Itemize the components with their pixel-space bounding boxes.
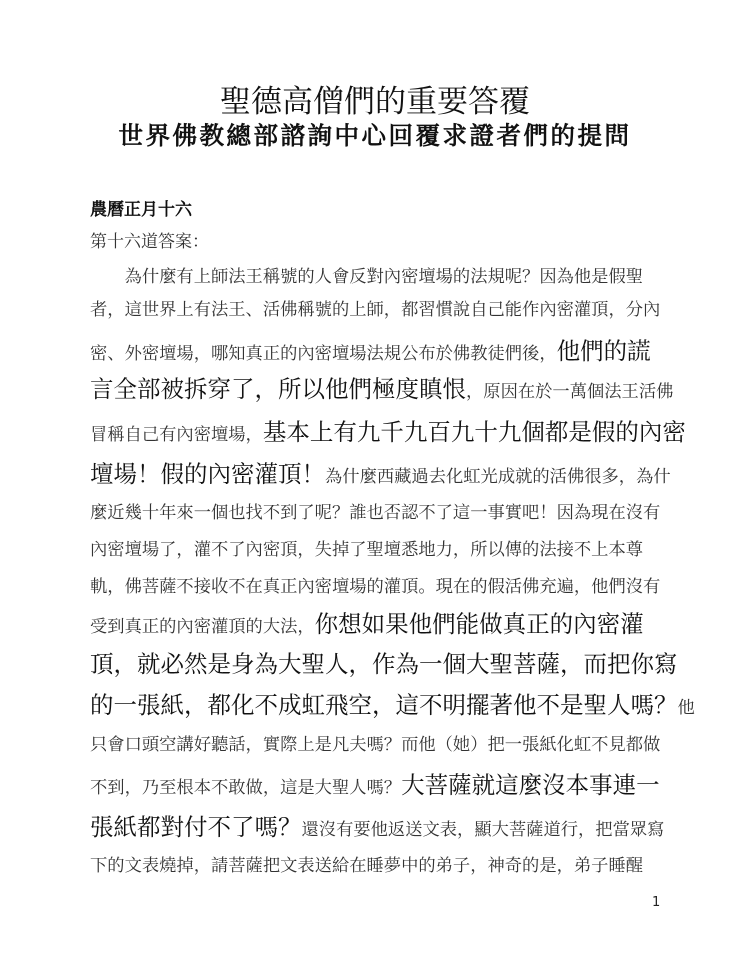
body-line: 張紙都對付不了嗎？還沒有要他返送文表，顯大菩薩道行，把當眾寫 — [90, 808, 664, 842]
body-line: 冒稱自己有內密壇場，基本上有九千九百九十九個都是假的內密 — [90, 413, 686, 447]
body-text: 密、外密壇場，哪知真正的內密壇場法規公布於佛教徒們後， — [90, 344, 557, 364]
body-text: ，原因在於一萬個法王活佛 — [466, 382, 673, 402]
emphasis-text: 大菩薩就這麼沒本事連一 — [401, 771, 660, 799]
body-line: 為什麼有上師法王稱號的人會反對內密壇場的法規呢？因為他是假聖 — [90, 262, 643, 287]
body-line: 者，這世界上有法王、活佛稱號的上師，都習慣說自己能作內密灌頂，分內 — [90, 295, 660, 320]
body-line: 的一張紙，都化不成虹飛空，這不明擺著他不是聖人嗎？他 — [90, 686, 695, 720]
body-line: 下的文表燒掉，請菩薩把文表送給在睡夢中的弟子，神奇的是，弟子睡醒 — [90, 851, 643, 876]
body-line: 內密壇場了，灌不了內密頂，失掉了聖壇悉地力，所以傳的法接不上本尊 — [90, 535, 643, 560]
body-line: 只會口頭空講好聽話，實際上是凡夫嗎？而他（她）把一張紙化虹不見都做 — [90, 730, 660, 755]
emphasis-text: 壇場！假的內密灌頂！ — [90, 460, 325, 488]
document-title: 聖德高僧們的重要答覆 — [0, 84, 750, 120]
body-text: 下的文表燒掉，請菩薩把文表送給在睡夢中的弟子，神奇的是，弟子睡醒 — [90, 856, 643, 876]
document-page: 聖德高僧們的重要答覆 世界佛教總部諮詢中心回覆求證者們的提問 農曆正月十六 第十… — [0, 0, 750, 971]
page-number: 1 — [652, 895, 660, 910]
emphasis-text: 張紙都對付不了嗎？ — [90, 813, 302, 841]
body-text: 為什麼西藏過去化虹光成就的活佛很多，為什 — [325, 467, 671, 487]
body-text: 還沒有要他返送文表，顯大菩薩道行，把當眾寫 — [302, 820, 665, 840]
body-line: 受到真正的內密灌頂的大法，你想如果他們能做真正的內密灌 — [90, 605, 644, 639]
body-line: 密、外密壇場，哪知真正的內密壇場法規公布於佛教徒們後，他們的謊 — [90, 332, 651, 366]
body-line: 頂，就必然是身為大聖人，作為一個大聖菩薩，而把你寫 — [90, 645, 678, 679]
body-line: 不到，乃至根本不敢做，這是大聖人嗎？大菩薩就這麼沒本事連一 — [90, 766, 660, 800]
body-text: 者，這世界上有法王、活佛稱號的上師，都習慣說自己能作內密灌頂，分內 — [90, 300, 660, 320]
answer-label: 第十六道答案： — [90, 231, 209, 253]
emphasis-text: 的一張紙，都化不成虹飛空，這不明擺著他不是聖人嗎？ — [90, 691, 678, 719]
body-text: 冒稱自己有內密壇場， — [90, 425, 263, 445]
emphasis-text: 他們的謊 — [557, 337, 651, 365]
body-text: 他 — [678, 698, 695, 718]
body-text: 麼近幾十年來一個也找不到了呢？誰也否認不了這一事實吧！因為現在沒有 — [90, 503, 660, 523]
body-text: 軌，佛菩薩不接收不在真正內密壇場的灌頂。現在的假活佛充遍，他們沒有 — [90, 577, 660, 597]
emphasis-text: 言全部被拆穿了，所以他們極度瞋恨 — [90, 375, 466, 403]
lunar-date-heading: 農曆正月十六 — [90, 199, 192, 221]
emphasis-text: 你想如果他們能做真正的內密灌 — [315, 610, 644, 638]
body-text: 只會口頭空講好聽話，實際上是凡夫嗎？而他（她）把一張紙化虹不見都做 — [90, 735, 660, 755]
body-line: 壇場！假的內密灌頂！為什麼西藏過去化虹光成就的活佛很多，為什 — [90, 455, 671, 489]
emphasis-text: 基本上有九千九百九十九個都是假的內密 — [263, 418, 686, 446]
body-text: 為什麼有上師法王稱號的人會反對內密壇場的法規呢？因為他是假聖 — [90, 267, 643, 287]
body-text: 受到真正的內密灌頂的大法， — [90, 617, 315, 637]
body-text: 不到，乃至根本不敢做，這是大聖人嗎？ — [90, 778, 401, 798]
body-line: 麼近幾十年來一個也找不到了呢？誰也否認不了這一事實吧！因為現在沒有 — [90, 498, 660, 523]
emphasis-text: 頂，就必然是身為大聖人，作為一個大聖菩薩，而把你寫 — [90, 650, 678, 678]
body-text: 內密壇場了，灌不了內密頂，失掉了聖壇悉地力，所以傳的法接不上本尊 — [90, 540, 643, 560]
body-line: 言全部被拆穿了，所以他們極度瞋恨，原因在於一萬個法王活佛 — [90, 370, 673, 404]
document-subtitle: 世界佛教總部諮詢中心回覆求證者們的提問 — [0, 121, 750, 151]
body-line: 軌，佛菩薩不接收不在真正內密壇場的灌頂。現在的假活佛充遍，他們沒有 — [90, 572, 660, 597]
